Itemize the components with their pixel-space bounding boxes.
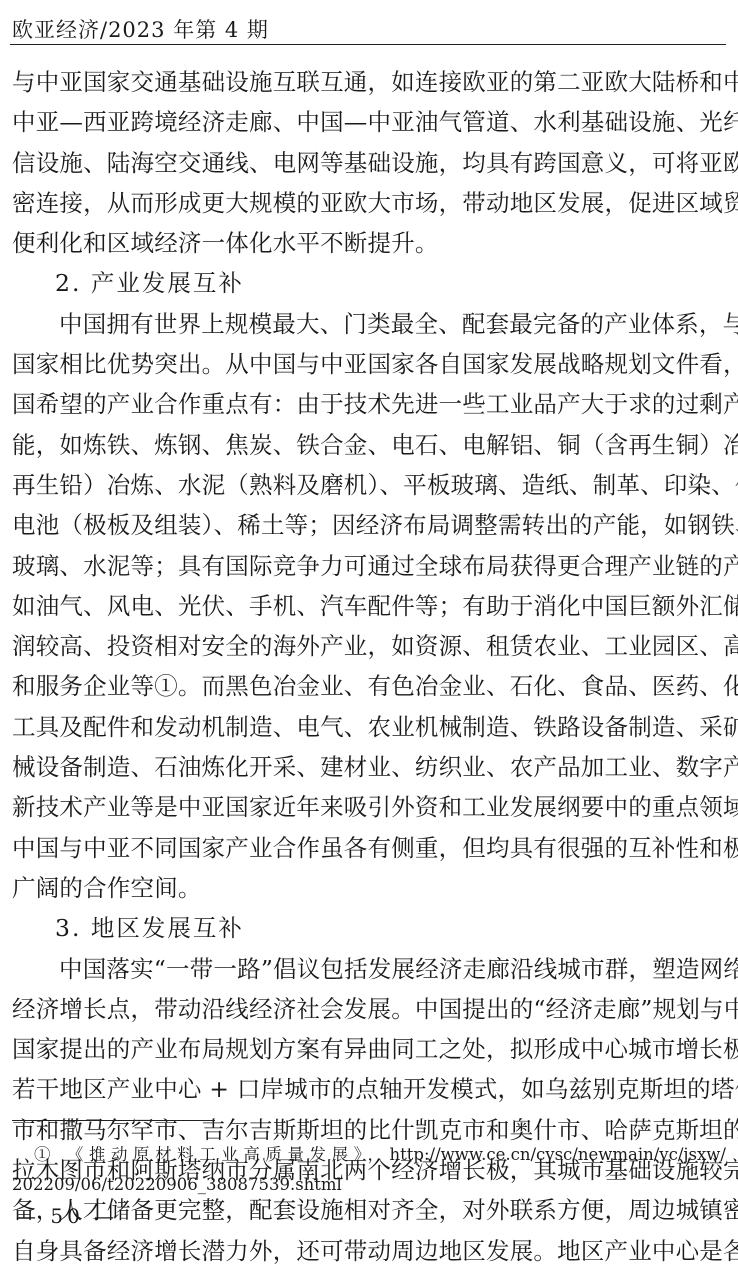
text-line: 国家相比优势突出。从中国与中亚国家各自国家发展战略规划文件看，中 (12, 344, 726, 384)
running-head: 欧亚经济/2023 年第 4 期 (12, 14, 269, 44)
text-line: 经济增长点，带动沿线经济社会发展。中国提出的“经济走廊”规划与中亚 (12, 989, 726, 1029)
text-line: 中国与中亚不同国家产业合作虽各有侧重，但均具有很强的互补性和极其 (12, 828, 726, 868)
text-line: 润较高、投资相对安全的海外产业，如资源、租赁农业、工业园区、高新技术 (12, 626, 726, 666)
header-rule (10, 44, 726, 45)
text-line: 中亚—西亚跨境经济走廊、中国—中亚油气管道、水利基础设施、光纤光缆通 (12, 102, 726, 142)
text-line: 若干地区产业中心 + 口岸城市的点轴开发模式，如乌兹别克斯坦的塔什干 (12, 1069, 726, 1109)
body-text: 与中亚国家交通基础设施互联互通，如连接欧亚的第二亚欧大陆桥和中国—中亚—西亚跨境… (12, 62, 726, 1264)
text-line: 械设备制造、石油炼化开采、建材业、纺织业、农产品加工业、数字产业和高 (12, 747, 726, 787)
footnote-rule (12, 1120, 215, 1121)
footnote-line-1: ① 《推动原材料工业高质量发展》，http://www.ce.cn/cysc/n… (12, 1140, 726, 1170)
text-line: 中国拥有世界上规模最大、门类最全、配套最完备的产业体系，与中亚 (12, 304, 726, 344)
page-number: — 50 — (16, 1204, 118, 1228)
text-line: 新技术产业等是中亚国家近年来吸引外资和工业发展纲要中的重点领域。 (12, 787, 726, 827)
text-line: 国家提出的产业布局规划方案有异曲同工之处，拟形成中心城市增长极 + (12, 1029, 726, 1069)
text-line: 能，如炼铁、炼钢、焦炭、铁合金、电石、电解铝、铜（含再生铜）冶炼、铅（含 (12, 425, 726, 465)
text-line: 如油气、风电、光伏、手机、汽车配件等；有助于消化中国巨额外汇储备、利 (12, 586, 726, 626)
text-line: 工具及配件和发动机制造、电气、农业机械制造、铁路设备制造、采矿业、机 (12, 707, 726, 747)
text-line: 电池（极板及组装）、稀土等；因经济布局调整需转出的产能，如钢铁、平板 (12, 505, 726, 545)
text-line: 广阔的合作空间。 (12, 868, 726, 908)
section-heading: 3. 地区发展互补 (12, 908, 726, 948)
text-line: 中国落实“一带一路”倡议包括发展经济走廊沿线城市群，塑造网络型 (12, 949, 726, 989)
text-line: 便利化和区域经济一体化水平不断提升。 (12, 223, 726, 263)
text-line: 自身具备经济增长潜力外，还可带动周边地区发展。地区产业中心是各地 (12, 1231, 726, 1264)
text-line: 密连接，从而形成更大规模的亚欧大市场，带动地区发展，促进区域贸易投资 (12, 183, 726, 223)
footnote-line-2: 202209/06/t20220906_38087539.shtml (12, 1170, 726, 1200)
footnote: ① 《推动原材料工业高质量发展》，http://www.ce.cn/cysc/n… (12, 1140, 726, 1200)
section-heading: 2. 产业发展互补 (12, 263, 726, 303)
text-line: 再生铅）冶炼、水泥（熟料及磨机）、平板玻璃、造纸、制革、印染、化纤、铅蓄 (12, 465, 726, 505)
text-line: 信设施、陆海空交通线、电网等基础设施，均具有跨国意义，可将亚欧市场紧 (12, 143, 726, 183)
text-line: 和服务企业等①。而黑色冶金业、有色冶金业、石化、食品、医药、化工、交通 (12, 666, 726, 706)
text-line: 玻璃、水泥等；具有国际竞争力可通过全球布局获得更合理产业链的产业， (12, 546, 726, 586)
text-line: 国希望的产业合作重点有：由于技术先进一些工业品产大于求的过剩产 (12, 384, 726, 424)
text-line: 与中亚国家交通基础设施互联互通，如连接欧亚的第二亚欧大陆桥和中国— (12, 62, 726, 102)
